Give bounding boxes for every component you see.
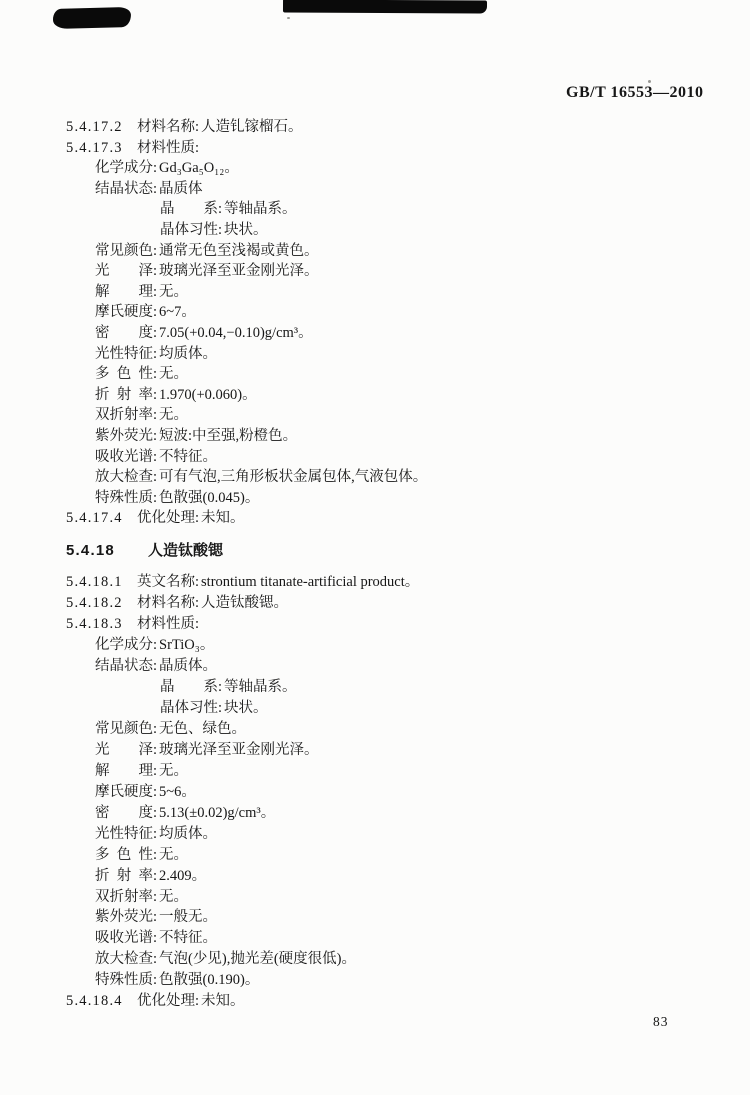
property-value: 1.970(+0.060)。 (159, 387, 257, 403)
property-label: 英文名称 (137, 574, 195, 590)
clause-number: 5.4.17.2 (66, 117, 128, 138)
property-value: 无。 (159, 847, 188, 863)
property-label: 吸收光谱 (95, 928, 153, 949)
property-value: 人造钆镓榴石。 (201, 119, 303, 135)
property-line: 摩氏硬度:6~7。 (0, 302, 750, 323)
property-value: 块状。 (224, 222, 268, 238)
property-value: 不特征。 (159, 449, 217, 465)
property-label: 化学成分 (95, 158, 153, 179)
property-label: 材料性质 (137, 616, 195, 632)
property-label: 摩氏硬度 (95, 302, 153, 323)
standard-number-header: GB/T 16553—2010 (566, 84, 703, 102)
property-value: 未知。 (201, 510, 245, 526)
property-value: strontium titanate-artificial product。 (201, 574, 419, 590)
property-label: 解理 (95, 761, 153, 782)
property-label: 晶系 (160, 677, 218, 698)
property-label: 多色性 (95, 364, 153, 385)
scan-speck (648, 80, 651, 83)
clause-line: 5.4.17.2材料名称:人造钆镓榴石。 (0, 117, 750, 138)
property-value: 均质体。 (159, 346, 217, 362)
property-value: 晶质体。 (159, 658, 217, 674)
property-label: 紫外荧光 (95, 907, 153, 928)
property-line: 吸收光谱:不特征。 (0, 447, 750, 468)
property-label: 优化处理 (137, 993, 195, 1009)
property-value: 无。 (159, 366, 188, 382)
property-label: 常见颜色 (95, 719, 153, 740)
property-line: 摩氏硬度:5~6。 (0, 782, 750, 803)
property-value: 5~6。 (159, 784, 196, 800)
heading-title: 人造钛酸锶 (148, 542, 223, 559)
property-value: 晶质体 (159, 181, 203, 197)
property-value: 可有气泡,三角形板状金属包体,气液包体。 (159, 469, 427, 485)
property-label: 折射率 (95, 385, 153, 406)
property-value: 短波:中至强,粉橙色。 (159, 428, 297, 444)
clause-number: 5.4.18.2 (66, 593, 128, 614)
property-line: 折射率:2.409。 (0, 866, 750, 887)
document-body: 5.4.17.2材料名称:人造钆镓榴石。5.4.17.3材料性质:化学成分:Gd… (0, 117, 750, 1012)
property-label: 特殊性质 (95, 970, 153, 991)
property-label: 密度 (95, 323, 153, 344)
property-line: 紫外荧光:短波:中至强,粉橙色。 (0, 426, 750, 447)
property-line: 双折射率:无。 (0, 405, 750, 426)
clause-line: 5.4.17.4优化处理:未知。 (0, 508, 750, 529)
property-line: 多色性:无。 (0, 364, 750, 385)
property-label: 双折射率 (95, 887, 153, 908)
property-line: 晶体习性:块状。 (0, 698, 750, 719)
clause-heading: 5.4.18人造钛酸锶 (0, 541, 750, 562)
property-label: 光泽 (95, 261, 153, 282)
property-label: 紫外荧光 (95, 426, 153, 447)
property-line: 结晶状态:晶质体 (0, 179, 750, 200)
property-label: 材料名称 (137, 119, 195, 135)
property-line: 特殊性质:色散强(0.190)。 (0, 970, 750, 991)
clause-number: 5.4.18 (66, 541, 128, 562)
property-label: 结晶状态 (95, 179, 153, 200)
property-value: 玻璃光泽至亚金刚光泽。 (159, 742, 319, 758)
property-value: 色散强(0.045)。 (159, 490, 259, 506)
property-value: 气泡(少见),抛光差(硬度很低)。 (159, 951, 356, 967)
property-line: 紫外荧光:一般无。 (0, 907, 750, 928)
property-line: 光泽:玻璃光泽至亚金刚光泽。 (0, 261, 750, 282)
property-label: 吸收光谱 (95, 447, 153, 468)
property-value: 无。 (159, 407, 188, 423)
scanned-standard-page: GB/T 16553—2010 5.4.17.2材料名称:人造钆镓榴石。5.4.… (0, 0, 750, 1095)
property-line: 放大检查:可有气泡,三角形板状金属包体,气液包体。 (0, 467, 750, 488)
property-value: 一般无。 (159, 909, 217, 925)
property-line: 特殊性质:色散强(0.045)。 (0, 488, 750, 509)
property-line: 化学成分:SrTiO₃。 (0, 635, 750, 656)
property-label: 放大检查 (95, 467, 153, 488)
property-line: 晶体习性:块状。 (0, 220, 750, 241)
property-value: 玻璃光泽至亚金刚光泽。 (159, 263, 319, 279)
property-value: 人造钛酸锶。 (201, 595, 288, 611)
clause-line: 5.4.18.1英文名称:strontium titanate-artifici… (0, 572, 750, 593)
property-label: 常见颜色 (95, 241, 153, 262)
property-line: 多色性:无。 (0, 845, 750, 866)
property-label: 晶体习性 (160, 220, 218, 241)
property-value: 块状。 (224, 700, 268, 716)
scan-speck (287, 17, 290, 19)
scan-ink-blob (53, 7, 131, 29)
property-label: 光泽 (95, 740, 153, 761)
property-label: 晶系 (160, 199, 218, 220)
property-value: 不特征。 (159, 930, 217, 946)
clause-number: 5.4.18.1 (66, 572, 128, 593)
property-label: 结晶状态 (95, 656, 153, 677)
property-label: 优化处理 (137, 510, 195, 526)
property-value: 无。 (159, 284, 188, 300)
property-label: 多色性 (95, 845, 153, 866)
property-value: 未知。 (201, 993, 245, 1009)
property-value: 5.13(±0.02)g/cm³。 (159, 805, 275, 821)
property-label: 双折射率 (95, 405, 153, 426)
clause-number: 5.4.17.3 (66, 138, 128, 159)
property-line: 吸收光谱:不特征。 (0, 928, 750, 949)
property-label: 特殊性质 (95, 488, 153, 509)
clause-line: 5.4.17.3材料性质: (0, 138, 750, 159)
property-line: 解理:无。 (0, 761, 750, 782)
property-value: 通常无色至浅褐或黄色。 (159, 243, 319, 259)
property-label: 材料性质 (137, 140, 195, 156)
page-number: 83 (653, 1012, 669, 1032)
property-label: 解理 (95, 282, 153, 303)
property-label: 材料名称 (137, 595, 195, 611)
property-label: 晶体习性 (160, 698, 218, 719)
property-line: 化学成分:Gd₃Ga₅O₁₂。 (0, 158, 750, 179)
property-line: 折射率:1.970(+0.060)。 (0, 385, 750, 406)
property-line: 解理:无。 (0, 282, 750, 303)
property-line: 晶系:等轴晶系。 (0, 677, 750, 698)
property-line: 常见颜色:通常无色至浅褐或黄色。 (0, 241, 750, 262)
clause-line: 5.4.18.2材料名称:人造钛酸锶。 (0, 593, 750, 614)
property-value: 6~7。 (159, 304, 196, 320)
property-value: Gd₃Ga₅O₁₂。 (159, 160, 239, 176)
property-value: 无色、绿色。 (159, 721, 246, 737)
property-label: 摩氏硬度 (95, 782, 153, 803)
clause-number: 5.4.18.4 (66, 991, 128, 1012)
property-label: 密度 (95, 803, 153, 824)
property-line: 密度:5.13(±0.02)g/cm³。 (0, 803, 750, 824)
property-value: 色散强(0.190)。 (159, 972, 259, 988)
property-line: 密度:7.05(+0.04,−0.10)g/cm³。 (0, 323, 750, 344)
property-line: 双折射率:无。 (0, 887, 750, 908)
property-line: 光泽:玻璃光泽至亚金刚光泽。 (0, 740, 750, 761)
clause-line: 5.4.18.3材料性质: (0, 614, 750, 635)
property-value: 等轴晶系。 (224, 679, 297, 695)
clause-line: 5.4.18.4优化处理:未知。 (0, 991, 750, 1012)
property-line: 光性特征:均质体。 (0, 344, 750, 365)
property-label: 光性特征 (95, 344, 153, 365)
property-value: 无。 (159, 889, 188, 905)
clause-number: 5.4.18.3 (66, 614, 128, 635)
property-line: 结晶状态:晶质体。 (0, 656, 750, 677)
property-value: 等轴晶系。 (224, 201, 297, 217)
property-label: 放大检查 (95, 949, 153, 970)
property-value: 无。 (159, 763, 188, 779)
property-value: SrTiO₃。 (159, 637, 214, 653)
property-label: 光性特征 (95, 824, 153, 845)
scan-ink-bar (283, 0, 487, 14)
clause-number: 5.4.17.4 (66, 508, 128, 529)
property-line: 光性特征:均质体。 (0, 824, 750, 845)
property-value: 均质体。 (159, 826, 217, 842)
property-value: 7.05(+0.04,−0.10)g/cm³。 (159, 325, 313, 341)
property-value: 2.409。 (159, 868, 206, 884)
property-line: 放大检查:气泡(少见),抛光差(硬度很低)。 (0, 949, 750, 970)
property-label: 化学成分 (95, 635, 153, 656)
property-line: 晶系:等轴晶系。 (0, 199, 750, 220)
property-label: 折射率 (95, 866, 153, 887)
property-line: 常见颜色:无色、绿色。 (0, 719, 750, 740)
